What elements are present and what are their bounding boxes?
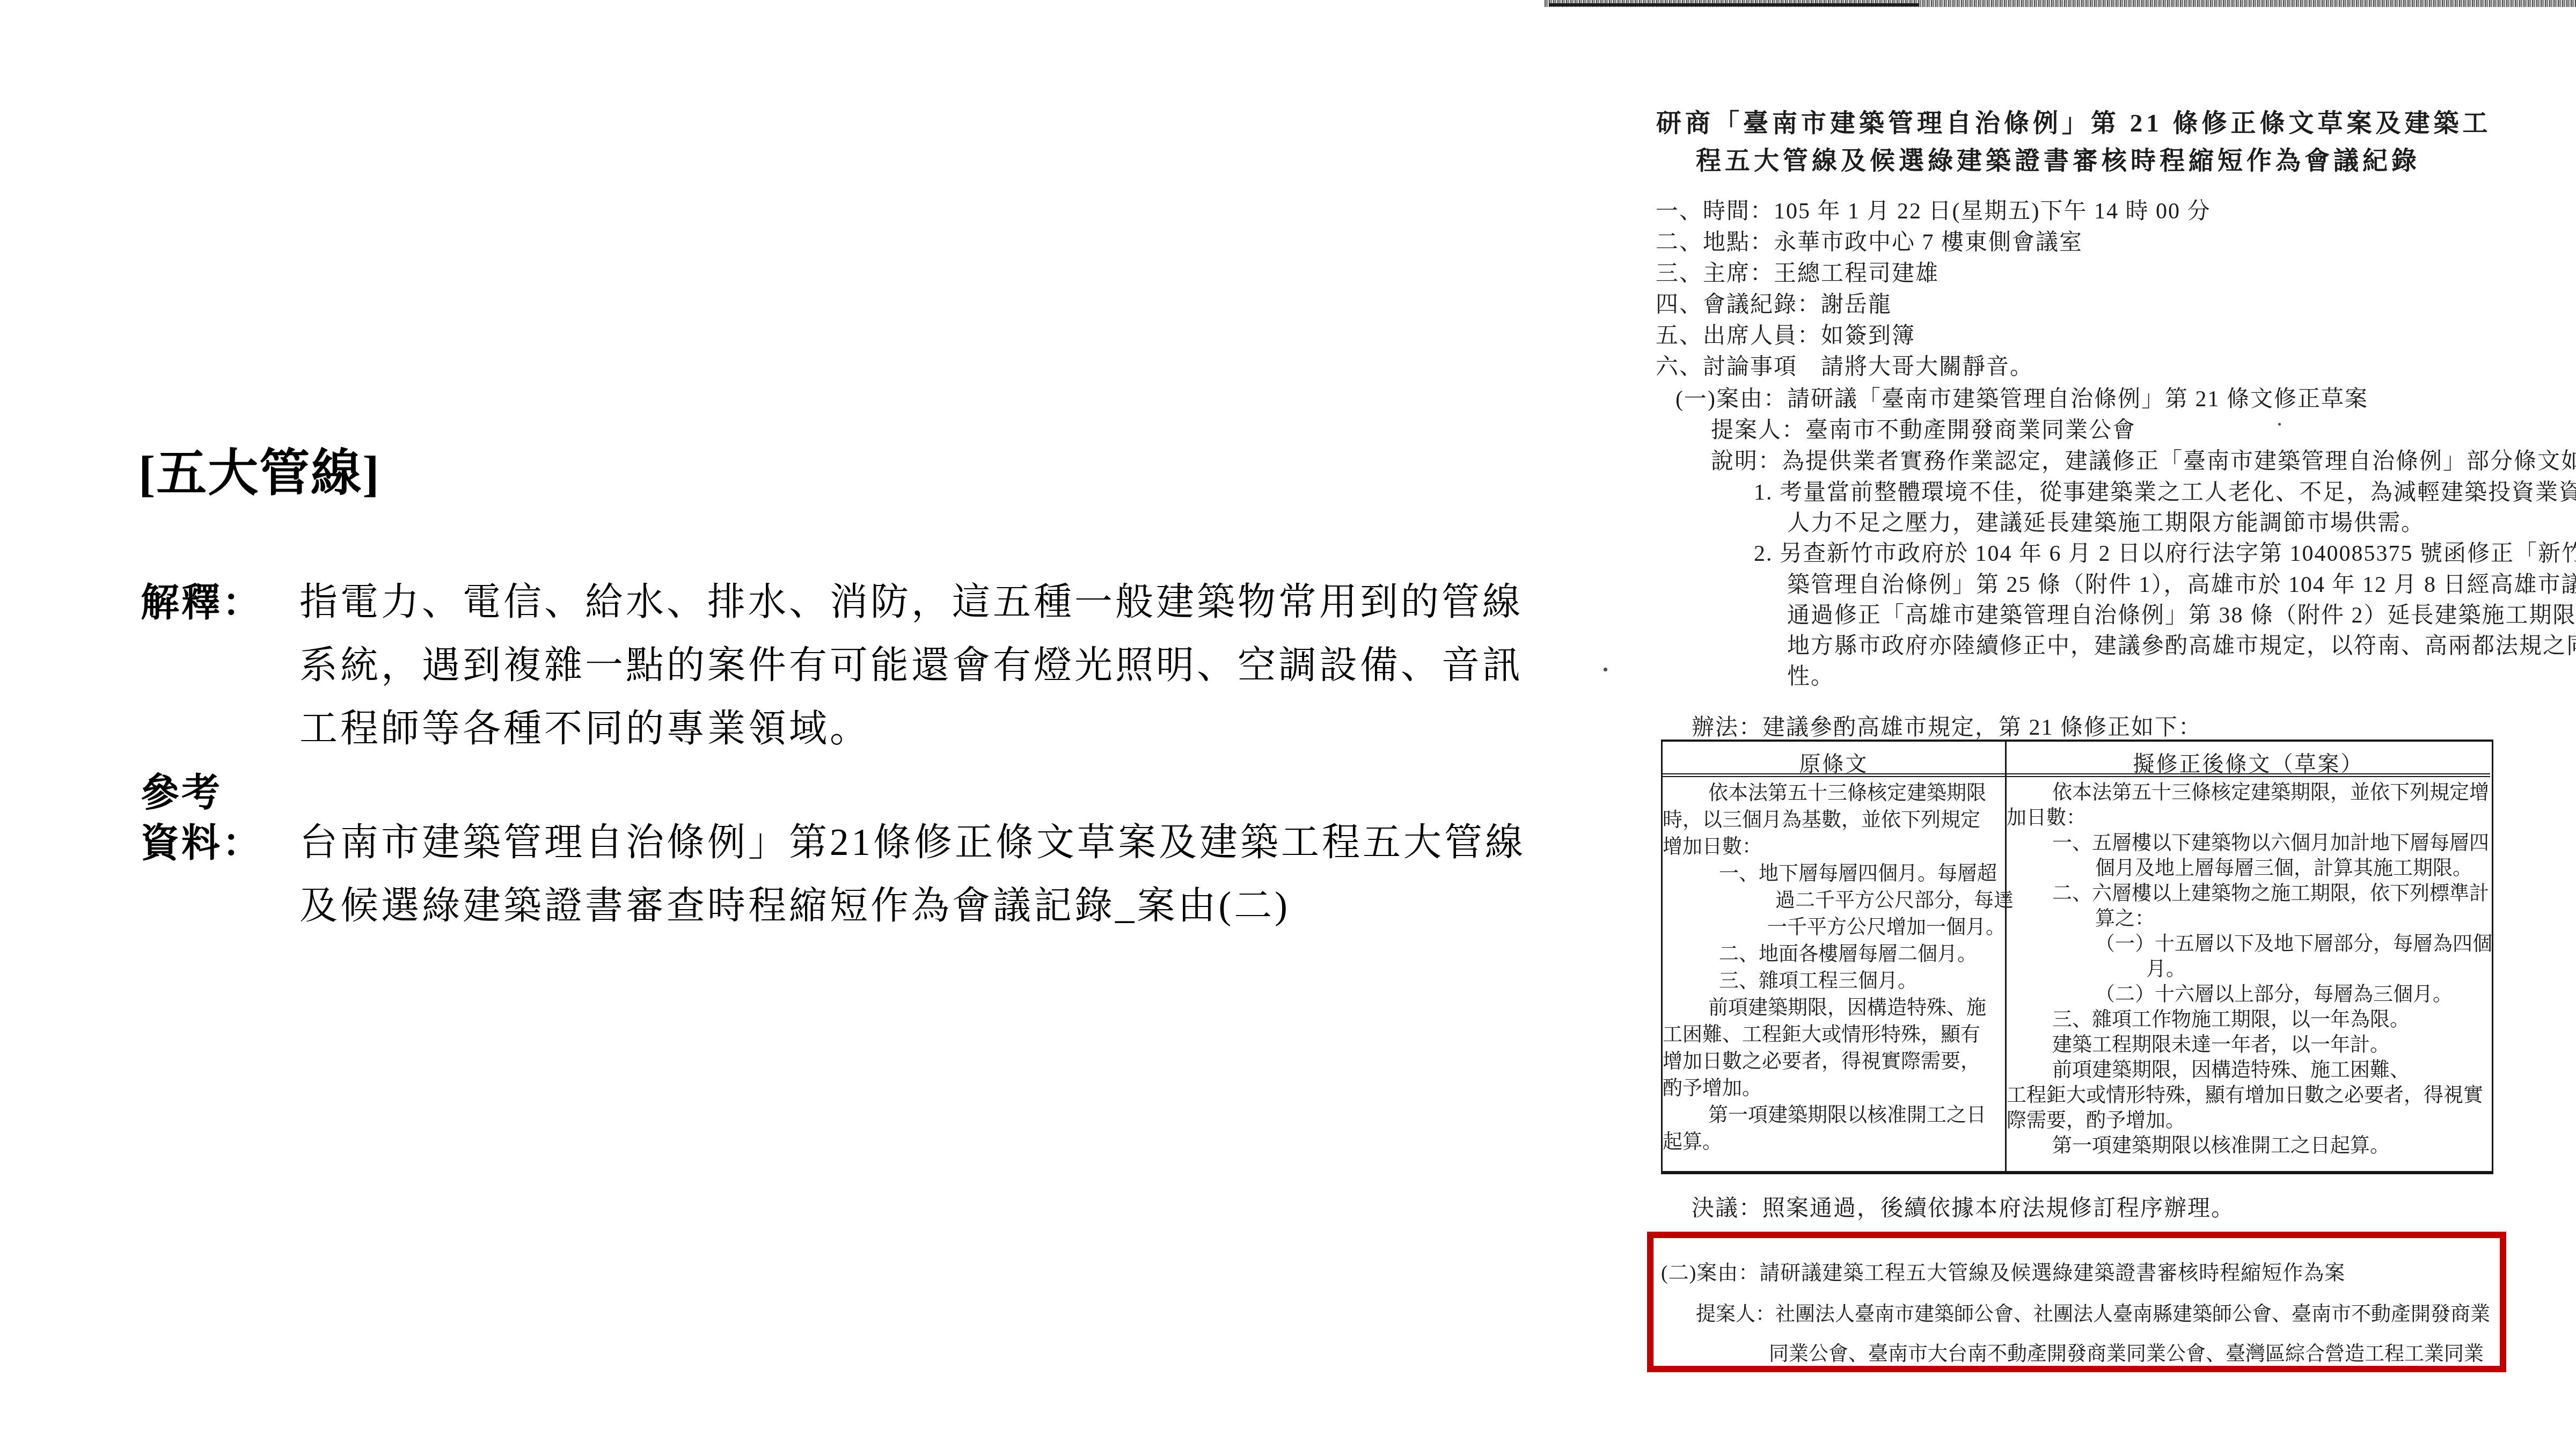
case1-method: 辦法：建議參酌高雄市規定，第 21 條修正如下： bbox=[1692, 709, 2202, 742]
amended-column-header: 擬修正後條文（草案） bbox=[2007, 742, 2490, 777]
case1-explanation-line: 地方縣市政府亦陸續修正中，建議參酌高雄市規定，以符南、高兩都法規之同調 bbox=[1787, 628, 2576, 660]
table-line: 際需要，酌予增加。 bbox=[2007, 1108, 2490, 1133]
original-column: 原條文 依本法第五十三條核定建築期限 時，以三個月為基數，並依下列規定 增加日數… bbox=[1663, 742, 2007, 1171]
meta-line-time: 一、時間：105 年 1 月 22 日(星期五)下午 14 時 00 分 bbox=[1656, 193, 2211, 225]
definition-title: [五大管線] bbox=[138, 433, 380, 505]
table-line: 工程鉅大或情形特殊，顯有增加日數之必要者，得視實 bbox=[2007, 1083, 2490, 1108]
meta-line-chair: 三、主席：王總工程司建雄 bbox=[1656, 255, 1939, 288]
meta-line-discussion: 六、討論事項 請將大哥大關靜音。 bbox=[1656, 349, 2033, 381]
table-line: 第一項建築期限以核准開工之日起算。 bbox=[2007, 1133, 2490, 1159]
definition-line: 工程師等各種不同的專業領域。 bbox=[299, 698, 870, 752]
document-title-line: 研商「臺南市建築管理自治條例」第 21 條修正條文草案及建築工 bbox=[1656, 103, 2492, 139]
table-line: 一千平方公尺增加一個月。 bbox=[1663, 914, 2005, 941]
table-line: 二、六層樓以上建築物之施工期限，依下列標準計 bbox=[2007, 881, 2490, 906]
reference-line: 及候選綠建築證書審查時程縮短作為會議記錄_案由(二) bbox=[299, 875, 1290, 930]
case1-explanation-line: 築管理自治條例」第 25 條（附件 1），高雄市於 104 年 12 月 8 日… bbox=[1787, 567, 2576, 599]
table-line: 加日數： bbox=[2007, 806, 2490, 831]
table-line: 酌予增加。 bbox=[1663, 1075, 2005, 1102]
table-line: 算之： bbox=[2007, 906, 2490, 932]
table-line: （一）十五層以下及地下層部分，每層為四個 bbox=[2007, 932, 2490, 957]
case1-proposer: 提案人：臺南市不動產開發商業同業公會 bbox=[1711, 412, 2136, 444]
original-column-header: 原條文 bbox=[1663, 742, 2005, 777]
table-line: 個月及地上層每層三個，計算其施工期限。 bbox=[2007, 856, 2490, 881]
table-line: 二、地面各樓層每層二個月。 bbox=[1663, 941, 2005, 968]
table-line: 第一項建築期限以核准開工之日 bbox=[1663, 1102, 2005, 1129]
case1-explanation-line: 2. 另查新竹市政府於 104 年 6 月 2 日以府行法字第 10400853… bbox=[1754, 536, 2576, 568]
definition-line: 系統，遇到複雜一點的案件有可能還會有燈光照明、空調設備、音訊 bbox=[299, 634, 1523, 689]
table-line: 工困難、工程鉅大或情形特殊，顯有 bbox=[1663, 1022, 2005, 1049]
meta-line-attendees: 五、出席人員：如簽到簿 bbox=[1656, 318, 1915, 350]
case1-subject: (一)案由：請研議「臺南市建築管理自治條例」第 21 條文修正草案 bbox=[1675, 381, 2368, 413]
definition-line: 指電力、電信、給水、排水、消防，這五種一般建築物常用到的管線 bbox=[299, 571, 1523, 626]
meta-line-place: 二、地點：永華市政中心 7 樓東側會議室 bbox=[1656, 224, 2083, 257]
case1-explanation-line: 1. 考量當前整體環境不佳，從事建築業之工人老化、不足，為減輕建築投資業資金及 bbox=[1754, 474, 2576, 507]
table-line: （二）十六層以上部分，每層為三個月。 bbox=[2007, 982, 2490, 1007]
table-line: 依本法第五十三條核定建築期限，並依下列規定增 bbox=[2007, 780, 2490, 806]
table-line: 三、雜項工作物施工期限，以一年為限。 bbox=[2007, 1007, 2490, 1033]
comparison-table: 原條文 依本法第五十三條核定建築期限 時，以三個月為基數，並依下列規定 增加日數… bbox=[1661, 740, 2493, 1174]
page: [五大管線] 解釋： 指電力、電信、給水、排水、消防，這五種一般建築物常用到的管… bbox=[0, 0, 2576, 1449]
reference-label-line2: 資料： bbox=[141, 811, 263, 867]
case1-explanation-line: 人力不足之壓力，建議延長建築施工期限方能調節市場供需。 bbox=[1787, 505, 2425, 537]
table-line: 增加日數： bbox=[1663, 834, 2005, 861]
case1-explanation-line: 通過修正「高雄市建築管理自治條例」第 38 條（附件 2）延長建築施工期限，各 bbox=[1787, 597, 2576, 630]
table-line: 一、五層樓以下建築物以六個月加計地下層每層四 bbox=[2007, 831, 2490, 856]
table-line: 依本法第五十三條核定建築期限 bbox=[1663, 780, 2005, 807]
scan-speck bbox=[2278, 423, 2281, 426]
table-line: 月。 bbox=[2007, 957, 2490, 982]
document-title-line: 程五大管線及候選綠建築證書審核時程縮短作為會議紀錄 bbox=[1696, 141, 2420, 177]
table-line: 建築工程期限未達一年者，以一年計。 bbox=[2007, 1033, 2490, 1058]
scan-speck bbox=[1604, 668, 1607, 671]
case1-resolution: 決議：照案通過，後續依據本府法規修訂程序辦理。 bbox=[1692, 1190, 2235, 1223]
table-line: 一、地下層每層四個月。每層超 bbox=[1663, 861, 2005, 888]
case2-subject: (二)案由：請研議建築工程五大管線及候選綠建築證書審核時程縮短作為案 bbox=[1661, 1256, 2345, 1285]
table-line: 增加日數之必要者，得視實際需要， bbox=[1663, 1049, 2005, 1075]
table-line: 三、雜項工程三個月。 bbox=[1663, 968, 2005, 995]
amended-column-body: 依本法第五十三條核定建築期限，並依下列規定增 加日數： 一、五層樓以下建築物以六… bbox=[2007, 777, 2490, 1159]
table-line: 起算。 bbox=[1663, 1129, 2005, 1156]
original-column-body: 依本法第五十三條核定建築期限 時，以三個月為基數，並依下列規定 增加日數： 一、… bbox=[1663, 777, 2005, 1156]
case1-explanation-line: 性。 bbox=[1787, 658, 1834, 691]
definition-label: 解釋： bbox=[141, 571, 263, 627]
table-line: 前項建築期限，因構造特殊、施工困難、 bbox=[2007, 1058, 2490, 1083]
reference-label-line1: 參考 bbox=[141, 761, 222, 817]
case1-explanation-intro: 說明：為提供業者實務作業認定，建議修正「臺南市建築管理自治條例」部分條文如下： bbox=[1711, 443, 2576, 475]
amended-column: 擬修正後條文（草案） 依本法第五十三條核定建築期限，並依下列規定增 加日數： 一… bbox=[2007, 742, 2490, 1171]
case2-proposer-line: 提案人：社團法人臺南市建築師公會、社團法人臺南縣建築師公會、臺南市不動產開發商業 bbox=[1696, 1298, 2490, 1327]
table-line: 前項建築期限，因構造特殊、施 bbox=[1663, 995, 2005, 1022]
meta-line-recorder: 四、會議紀錄：謝岳龍 bbox=[1656, 287, 1892, 319]
scan-edge-artifact-dark bbox=[1549, 3, 1919, 6]
table-line: 過二千平方公尺部分，每達 bbox=[1663, 888, 2005, 914]
table-line: 時，以三個月為基數，並依下列規定 bbox=[1663, 807, 2005, 834]
case2-proposer-line: 同業公會、臺南市大台南不動產開發商業同業公會、臺灣區綜合營造工程工業同業 bbox=[1769, 1337, 2484, 1366]
reference-line: 台南市建築管理自治條例」第21條修正條文草案及建築工程五大管線 bbox=[299, 811, 1526, 866]
